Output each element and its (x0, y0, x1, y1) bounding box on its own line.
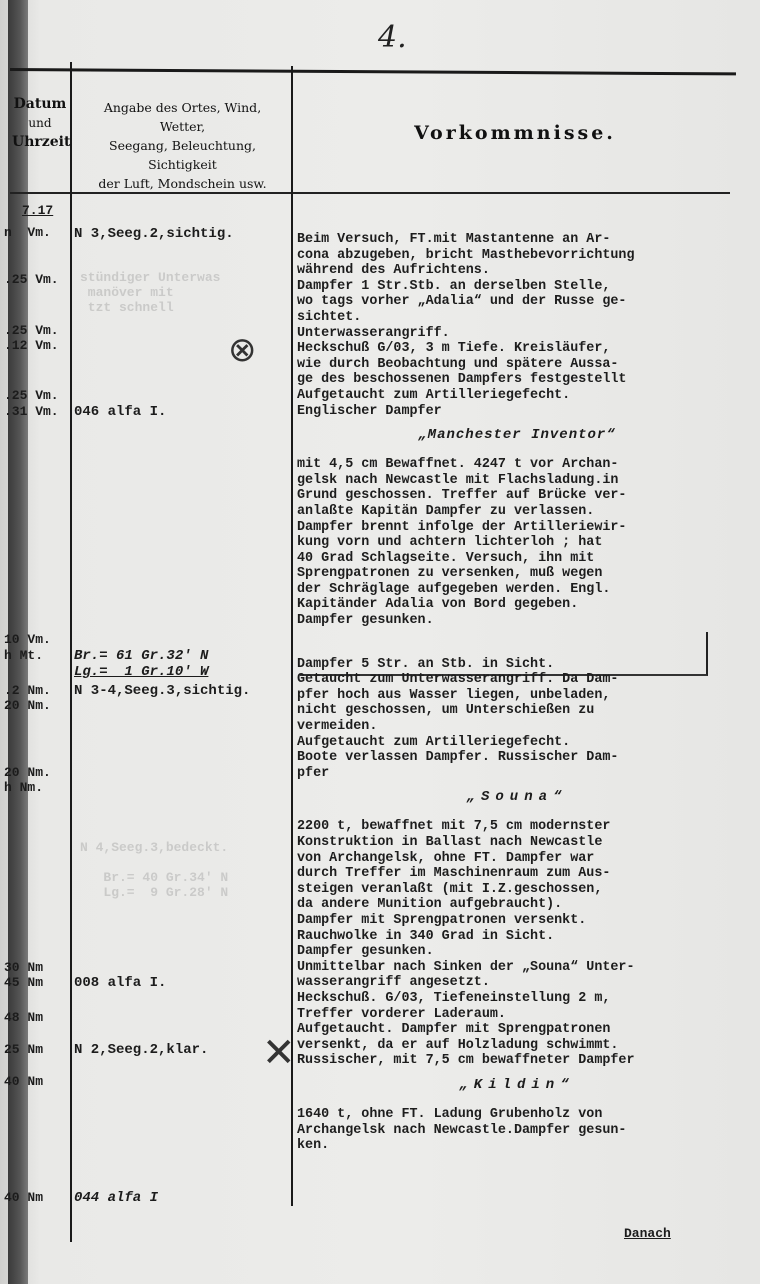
event-line: von Archangelsk, ohne FT. Dampfer war (297, 851, 737, 867)
event-line: 2200 t, bewaffnet mit 7,5 cm modernster (297, 819, 737, 835)
event-line: wasserangriff angesetzt. (297, 975, 737, 991)
time-entry: h Mt. (4, 648, 68, 663)
event-line: während des Aufrichtens. (297, 263, 737, 279)
event-line: 40 Grad Schlagseite. Versuch, ihn mit (297, 551, 737, 567)
event-line: Boote verlassen Dampfer. Russischer Dam- (297, 750, 737, 766)
place-entry: 044 alfa I (74, 1190, 158, 1206)
event-line: wo tags vorher „Adalia“ und der Russe ge… (297, 294, 737, 310)
time-entry: 20 Nm. (4, 698, 68, 713)
date-entry: 7.17 (22, 203, 86, 218)
header-date-line: und (12, 114, 68, 133)
event-block: Beim Versuch, FT.mit Mastantenne an Ar-c… (297, 232, 737, 419)
event-line: durch Treffer im Maschinenraum zum Aus- (297, 866, 737, 882)
event-line: Dampfer 1 Str.Stb. an derselben Stelle, (297, 279, 737, 295)
event-line: Aufgetaucht zum Artilleriegefecht. (297, 388, 737, 404)
events-column: Beim Versuch, FT.mit Mastantenne an Ar-c… (297, 232, 737, 1154)
place-entry: N 3,Seeg.2,sichtig. (74, 226, 234, 242)
time-entry: 20 Nm. (4, 765, 68, 780)
column-divider-date (70, 62, 72, 1242)
circled-cross-mark-icon: ⊗ (228, 330, 257, 370)
column-header-events: Vorkommnisse. (300, 122, 730, 144)
position-latitude: Br.= 61 Gr.32' N (74, 648, 208, 664)
time-entry: 25 Nm (4, 1042, 68, 1057)
time-entry: 45 Nm (4, 975, 68, 990)
event-line: Kapitänder Adalia von Bord gegeben. (297, 597, 737, 613)
event-line: Beim Versuch, FT.mit Mastantenne an Ar- (297, 232, 737, 248)
event-line: 1640 t, ohne FT. Ladung Grubenholz von (297, 1107, 737, 1123)
event-line: Heckschuß. G/03, Tiefeneinstellung 2 m, (297, 991, 737, 1007)
event-line: Unmittelbar nach Sinken der „Souna“ Unte… (297, 960, 737, 976)
spacer (297, 643, 737, 657)
event-line: wie durch Beobachtung und spätere Aussa- (297, 357, 737, 373)
header-date-line: Datum (12, 95, 68, 114)
header-place-line: Angabe des Ortes, Wind, Wetter, (80, 98, 285, 136)
event-line: nicht geschossen, um Unterschießen zu (297, 703, 737, 719)
time-entry: .31 Vm. (4, 404, 68, 419)
spacer (297, 629, 737, 643)
event-line: Unterwasserangriff. (297, 326, 737, 342)
event-line: Treffer vorderer Laderaum. (297, 1007, 737, 1023)
event-line: Russischer, mit 7,5 cm bewaffneter Dampf… (297, 1053, 737, 1069)
event-line: da andere Munition aufgebraucht). (297, 897, 737, 913)
column-header-date: Datum und Uhrzeit (12, 95, 68, 152)
event-line: Aufgetaucht zum Artilleriegefecht. (297, 735, 737, 751)
event-line: steigen veranlaßt (mit I.Z.geschossen, (297, 882, 737, 898)
event-line: vermeiden. (297, 719, 737, 735)
time-entry: .25 Vm. (4, 388, 68, 403)
event-line: Dampfer mit Sprengpatronen versenkt. (297, 913, 737, 929)
place-entry: N 2,Seeg.2,klar. (74, 1042, 208, 1058)
event-line: Heckschuß G/03, 3 m Tiefe. Kreisläufer, (297, 341, 737, 357)
event-block: 2200 t, bewaffnet mit 7,5 cm modernsterK… (297, 819, 737, 1069)
event-block: mit 4,5 cm Bewaffnet. 4247 t vor Archan-… (297, 457, 737, 629)
event-line: anlaßte Kapitän Dampfer zu verlassen. (297, 504, 737, 520)
time-entry: 40 Nm (4, 1190, 68, 1205)
time-entry: 30 Nm (4, 960, 68, 975)
event-line: gelsk nach Newcastle mit Flachsladung.in (297, 473, 737, 489)
event-line: Getaucht zum Unterwasserangriff. Da Dam- (297, 672, 737, 688)
event-line: Aufgetaucht. Dampfer mit Sprengpatronen (297, 1022, 737, 1038)
event-line: sichtet. (297, 310, 737, 326)
ship-name-souna: „Souna“ (297, 789, 737, 805)
time-entry: 40 Nm (4, 1074, 68, 1089)
event-line: Archangelsk nach Newcastle.Dampfer gesun… (297, 1123, 737, 1139)
page-number: 4. (378, 20, 407, 55)
event-line: Englischer Dampfer (297, 404, 737, 420)
time-entry: .25 Vm. (4, 272, 68, 287)
event-line: Sprengpatronen zu versenken, muß wegen (297, 566, 737, 582)
time-entry: 10 Vm. (4, 632, 68, 647)
event-line: cona abzugeben, bricht Masthebevorrichtu… (297, 248, 737, 264)
time-entry: n Vm. (4, 225, 68, 240)
event-line: Grund geschossen. Treffer auf Brücke ver… (297, 488, 737, 504)
event-line: kung vorn und achtern lichterloh ; hat (297, 535, 737, 551)
event-line: Konstruktion in Ballast nach Newcastle (297, 835, 737, 851)
header-place-line: der Luft, Mondschein usw. (80, 174, 285, 193)
event-line: mit 4,5 cm Bewaffnet. 4247 t vor Archan- (297, 457, 737, 473)
event-line: Rauchwolke in 340 Grad in Sicht. (297, 929, 737, 945)
header-place-line: Seegang, Beleuchtung, Sichtigkeit (80, 136, 285, 174)
bleed-through-text: stündiger Unterwas manöver mit tzt schne… (80, 270, 220, 315)
event-line: Dampfer gesunken. (297, 944, 737, 960)
time-entry: .25 Vm. (4, 323, 68, 338)
event-block: Dampfer 5 Str. an Stb. in Sicht.Getaucht… (297, 657, 737, 782)
signature-text: Danach (624, 1226, 671, 1241)
place-entry: 008 alfa I. (74, 975, 166, 991)
event-line: Dampfer gesunken. (297, 613, 737, 629)
event-line: pfer (297, 766, 737, 782)
event-line: pfer hoch aus Wasser liegen, unbeladen, (297, 688, 737, 704)
ship-name-manchester-inventor: „Manchester Inventor“ (297, 427, 737, 443)
place-entry: 046 alfa I. (74, 404, 166, 420)
event-line: ge des beschossenen Dampfers festgestell… (297, 372, 737, 388)
event-line: der Schräglage aufgegeben werden. Engl. (297, 582, 737, 598)
place-entry: N 3-4,Seeg.3,sichtig. (74, 683, 250, 699)
header-top-rule (10, 68, 736, 75)
logbook-page: 4. Datum und Uhrzeit Angabe des Ortes, W… (0, 0, 760, 1284)
event-line: Dampfer brennt infolge der Artilleriewir… (297, 520, 737, 536)
event-line: ken. (297, 1138, 737, 1154)
event-line: Dampfer 5 Str. an Stb. in Sicht. (297, 657, 737, 673)
cross-mark-icon: ✕ (262, 1030, 296, 1076)
column-header-place: Angabe des Ortes, Wind, Wetter, Seegang,… (80, 98, 285, 193)
time-entry: h Nm. (4, 780, 68, 795)
header-date-line: Uhrzeit (12, 133, 68, 152)
time-entry: .12 Vm. (4, 338, 68, 353)
ship-name-kildin: „Kildin“ (297, 1077, 737, 1093)
position-longitude: Lg.= 1 Gr.10' W (74, 664, 208, 680)
time-entry: .2 Nm. (4, 683, 68, 698)
event-block: 1640 t, ohne FT. Ladung Grubenholz vonAr… (297, 1107, 737, 1154)
event-line: versenkt, da er auf Holzladung schwimmt. (297, 1038, 737, 1054)
bleed-through-text: N 4,Seeg.3,bedeckt. Br.= 40 Gr.34' N Lg.… (80, 840, 228, 900)
time-entry: 48 Nm (4, 1010, 68, 1025)
